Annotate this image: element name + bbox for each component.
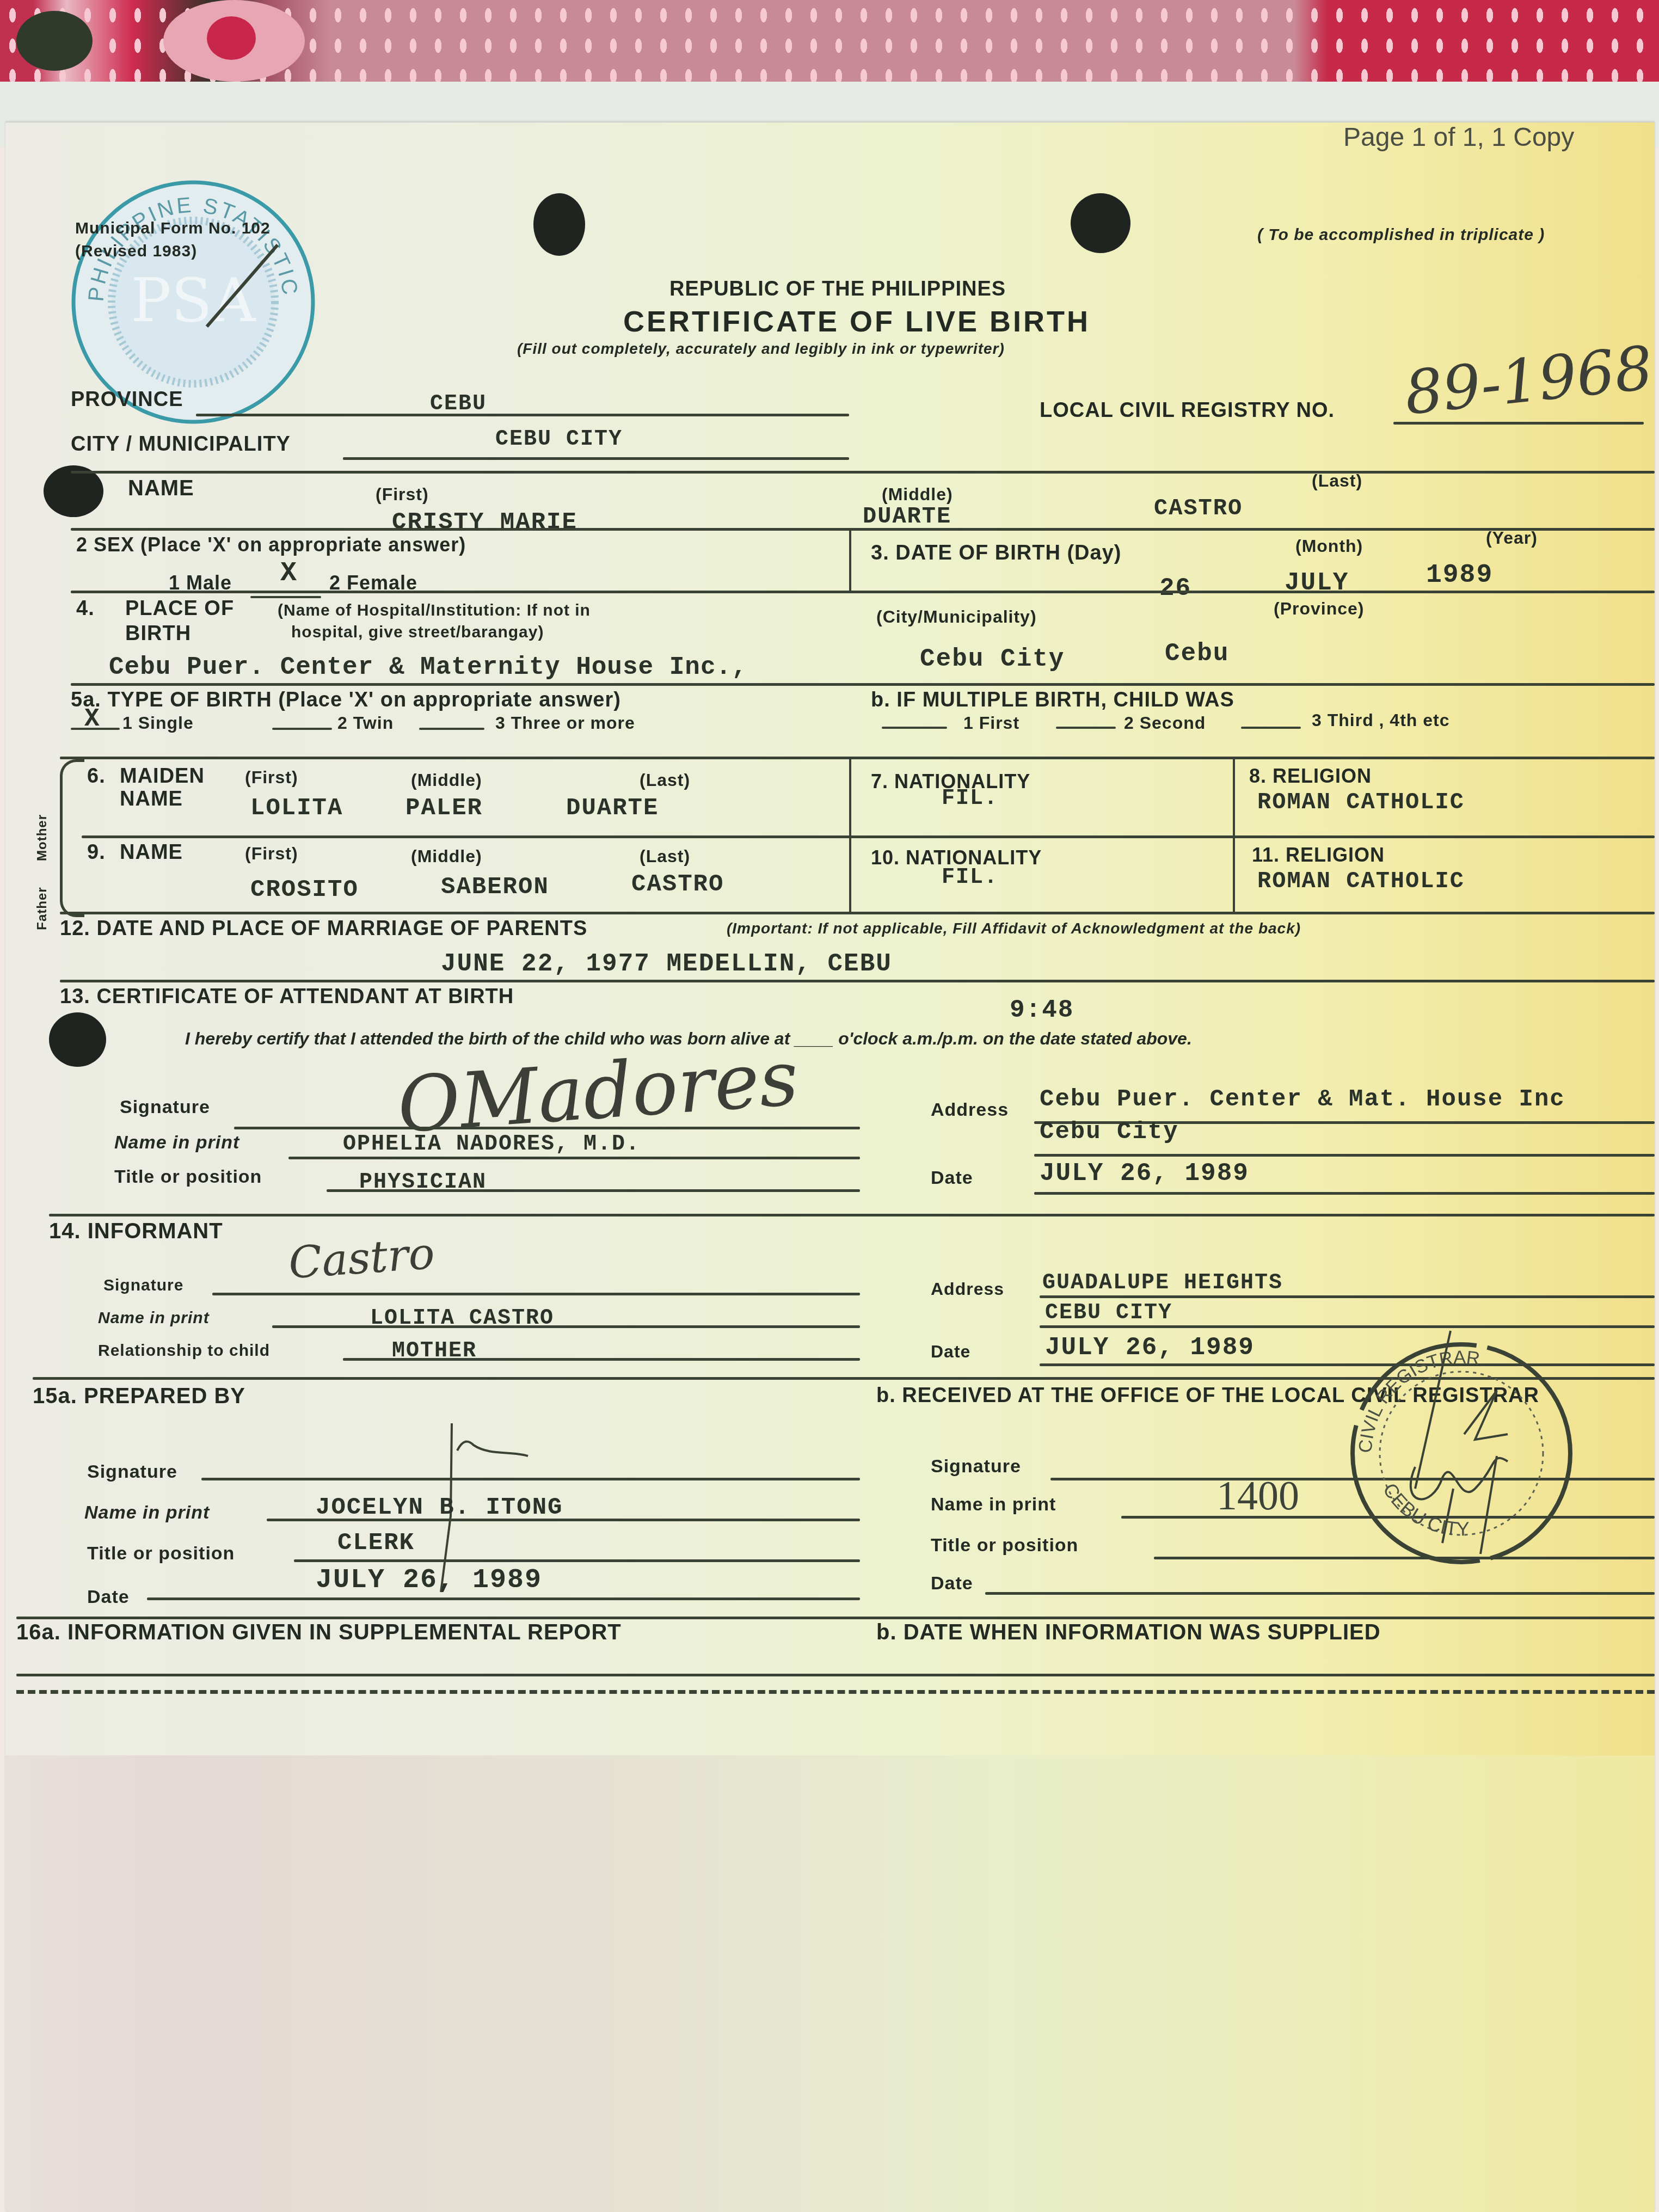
birth-time[interactable]: 9:48: [1010, 996, 1074, 1024]
sex-blank: [250, 596, 321, 598]
address-underline: [1040, 1295, 1655, 1298]
attendant-signature-label: Signature: [120, 1097, 210, 1118]
prepared-name[interactable]: JOCELYN B. ITONG: [316, 1494, 563, 1521]
dob-label: 3. DATE OF BIRTH (Day): [871, 542, 1121, 565]
row-divider: [71, 683, 1655, 686]
birth-type-single[interactable]: 1 Single: [122, 713, 194, 733]
mother-label-line1: MAIDEN: [120, 765, 205, 788]
row-divider: [71, 591, 1655, 593]
attendant-name[interactable]: OPHELIA NADORES, M.D.: [343, 1132, 640, 1157]
title-underline: [327, 1189, 860, 1192]
form-number: Municipal Form No. 102: [75, 219, 271, 238]
marriage-value[interactable]: JUNE 22, 1977 MEDELLIN, CEBU: [441, 950, 892, 978]
row-divider: [82, 835, 1655, 838]
attendant-title-label: Title or position: [114, 1166, 262, 1188]
punch-hole: [49, 1012, 106, 1067]
city-value[interactable]: CEBU CITY: [495, 427, 623, 452]
father-nationality[interactable]: FIL.: [942, 865, 998, 890]
signature-underline: [212, 1293, 860, 1295]
pob-city[interactable]: Cebu City: [920, 645, 1065, 673]
second-blank: [1056, 727, 1116, 729]
stamp-text-bottom: CEBU CITY: [1379, 1479, 1470, 1540]
multiple-first[interactable]: 1 First: [963, 713, 1019, 733]
informant-date[interactable]: JULY 26, 1989: [1045, 1334, 1255, 1362]
prepared-date[interactable]: JULY 26, 1989: [316, 1565, 542, 1596]
multiple-birth-label: b. IF MULTIPLE BIRTH, CHILD WAS: [871, 689, 1234, 712]
pob-number: 4.: [76, 597, 95, 620]
twin-blank: [272, 728, 332, 730]
child-middle-label: (Middle): [882, 484, 953, 505]
informant-signature-label: Signature: [103, 1276, 183, 1295]
prepared-name-label: Name in print: [84, 1502, 210, 1523]
prepared-title-label: Title or position: [87, 1543, 235, 1564]
mother-nationality[interactable]: FIL.: [942, 787, 998, 811]
fill-instruction: (Fill out completely, accurately and leg…: [517, 340, 1005, 358]
name-underline: [288, 1157, 860, 1159]
informant-address-label: Address: [931, 1279, 1004, 1299]
triplicate-note: ( To be accomplished in triplicate ): [1257, 226, 1545, 244]
date-underline: [985, 1592, 1655, 1595]
birth-type-three[interactable]: 3 Three or more: [495, 713, 635, 733]
province-value[interactable]: CEBU: [430, 392, 487, 416]
prepared-date-label: Date: [87, 1587, 130, 1608]
father-last-name[interactable]: CASTRO: [631, 871, 724, 898]
informant-address-line1[interactable]: GUADALUPE HEIGHTS: [1042, 1271, 1283, 1295]
row-divider: [49, 1214, 1655, 1216]
received-name-label: Name in print: [931, 1494, 1056, 1515]
mother-last-label: (Last): [640, 770, 690, 790]
row-divider: [60, 912, 1655, 914]
republic-heading: REPUBLIC OF THE PHILIPPINES: [669, 278, 1006, 301]
row-divider: [60, 980, 1655, 982]
pob-institution[interactable]: Cebu Puer. Center & Maternity House Inc.…: [109, 653, 747, 681]
birth-type-label: 5a. TYPE OF BIRTH (Place 'X' on appropri…: [71, 689, 621, 712]
mother-number: 6.: [87, 765, 106, 788]
document-title: CERTIFICATE OF LIVE BIRTH: [623, 305, 1090, 339]
mother-last-name[interactable]: DUARTE: [566, 795, 659, 822]
pob-province[interactable]: Cebu: [1165, 640, 1229, 668]
birth-certificate-document: Page 1 of 1, 1 Copy PSA PHILIPPINE STATI…: [5, 122, 1655, 2212]
dob-month-label: (Month): [1295, 536, 1363, 556]
third-blank: [1241, 727, 1301, 729]
dob-year-label: (Year): [1486, 528, 1538, 548]
registrar-seal-stamp-icon: CIVIL REGISTRAR CEBU CITY: [1334, 1325, 1589, 1581]
mother-religion-label: 8. RELIGION: [1249, 765, 1372, 788]
city-underline: [343, 457, 849, 460]
child-first-name[interactable]: CRISTY MARIE: [392, 509, 577, 536]
prepared-signature-label: Signature: [87, 1461, 177, 1483]
child-middle-name[interactable]: DUARTE: [863, 503, 951, 530]
relationship-underline: [343, 1358, 860, 1361]
signature-underline: [201, 1478, 860, 1480]
date-underline: [1034, 1192, 1655, 1195]
registrar-stamp-number: 1400: [1216, 1472, 1299, 1520]
informant-date-label: Date: [931, 1342, 970, 1362]
fabric-flower-center: [207, 16, 256, 60]
svg-text:PSA: PSA: [131, 266, 256, 335]
prepared-title[interactable]: CLERK: [337, 1529, 415, 1557]
father-religion[interactable]: ROMAN CATHOLIC: [1257, 868, 1465, 894]
form-revised: (Revised 1983): [75, 242, 197, 261]
punch-hole: [1071, 193, 1130, 253]
attendant-date[interactable]: JULY 26, 1989: [1040, 1159, 1249, 1188]
province-label: PROVINCE: [71, 388, 183, 411]
signature-underline: [234, 1127, 860, 1129]
pob-province-label: (Province): [1274, 599, 1364, 619]
row-divider: [71, 471, 1655, 474]
row-divider: [71, 528, 1655, 531]
first-blank: [882, 727, 947, 729]
parents-bracket: [60, 759, 84, 917]
pob-hint-line2: hospital, give street/barangay): [291, 623, 544, 642]
birth-type-mark[interactable]: X: [84, 705, 101, 733]
attendant-name-label: Name in print: [114, 1132, 239, 1153]
address2-underline: [1034, 1154, 1655, 1157]
received-date-label: Date: [931, 1573, 973, 1594]
father-name-label: NAME: [120, 841, 183, 864]
mother-first-name[interactable]: LOLITA: [250, 795, 343, 822]
mother-middle-name[interactable]: PALER: [405, 795, 483, 822]
father-number: 9.: [87, 841, 106, 864]
mother-middle-label: (Middle): [411, 770, 482, 790]
mother-first-label: (First): [245, 767, 298, 788]
marriage-note: (Important: If not applicable, Fill Affi…: [727, 920, 1301, 937]
informant-address-line2[interactable]: CEBU CITY: [1045, 1301, 1172, 1325]
pob-label-line1: PLACE OF: [125, 597, 234, 620]
attendant-date-label: Date: [931, 1168, 973, 1189]
attendant-label: 13. CERTIFICATE OF ATTENDANT AT BIRTH: [60, 985, 514, 1009]
received-title-label: Title or position: [931, 1535, 1078, 1556]
relationship-label: Relationship to child: [98, 1342, 270, 1360]
row-divider: [16, 1617, 1655, 1619]
supplemental-date-label: b. DATE WHEN INFORMATION WAS SUPPLIED: [876, 1620, 1381, 1645]
child-last-name[interactable]: CASTRO: [1154, 495, 1243, 521]
informant-name-label: Name in print: [98, 1309, 210, 1328]
mother-label-line2: NAME: [120, 788, 183, 811]
prepared-label: 15a. PREPARED BY: [33, 1384, 245, 1409]
pob-hint-line1: (Name of Hospital/Institution: If not in: [278, 601, 591, 620]
mother-side-label: Mother: [35, 814, 50, 861]
received-signature-label: Signature: [931, 1456, 1021, 1477]
lcr-value[interactable]: 89-1968: [1402, 333, 1656, 428]
three-blank: [419, 728, 484, 730]
child-name-label: NAME: [128, 476, 194, 501]
father-side-label: Father: [35, 887, 50, 930]
attendant-address-label: Address: [931, 1099, 1009, 1121]
birth-type-twin[interactable]: 2 Twin: [337, 713, 394, 733]
cut-line: [16, 1690, 1655, 1694]
father-middle-name[interactable]: SABERON: [441, 874, 549, 901]
stamp-text-top: CIVIL REGISTRAR: [1355, 1347, 1482, 1454]
column-divider: [849, 531, 851, 591]
lcr-label: LOCAL CIVIL REGISTRY NO.: [1040, 399, 1335, 422]
svg-text:CEBU CITY: CEBU CITY: [1379, 1479, 1470, 1540]
name-underline: [267, 1519, 860, 1521]
date-underline: [147, 1597, 860, 1600]
pob-city-label: (City/Municipality): [876, 607, 1037, 627]
multiple-third[interactable]: 3 Third , 4th etc: [1312, 710, 1449, 730]
child-first-label: (First): [376, 484, 429, 505]
marriage-label: 12. DATE AND PLACE OF MARRIAGE OF PARENT…: [60, 917, 587, 941]
province-underline: [196, 414, 849, 416]
dob-year[interactable]: 1989: [1426, 561, 1493, 590]
punch-hole: [533, 193, 585, 256]
father-last-label: (Last): [640, 846, 690, 867]
sheet-lower-shade: [5, 1755, 1655, 2212]
multiple-second[interactable]: 2 Second: [1124, 713, 1206, 733]
father-middle-label: (Middle): [411, 846, 482, 867]
dob-day[interactable]: 26: [1159, 574, 1191, 603]
name-underline: [272, 1325, 860, 1328]
attendant-address-line1[interactable]: Cebu Puer. Center & Mat. House Inc: [1040, 1086, 1565, 1113]
svg-text:CIVIL REGISTRAR: CIVIL REGISTRAR: [1355, 1347, 1482, 1454]
father-first-label: (First): [245, 844, 298, 864]
sex-label: 2 SEX (Place 'X' on appropriate answer): [76, 533, 466, 556]
title-underline: [294, 1559, 860, 1562]
child-last-label: (Last): [1312, 471, 1362, 491]
page-indicator: Page 1 of 1, 1 Copy: [1343, 122, 1574, 152]
mother-religion[interactable]: ROMAN CATHOLIC: [1257, 789, 1465, 815]
fabric-leaf: [16, 11, 93, 71]
informant-label: 14. INFORMANT: [49, 1219, 223, 1244]
supplemental-label: 16a. INFORMATION GIVEN IN SUPPLEMENTAL R…: [16, 1620, 622, 1645]
father-first-name[interactable]: CROSITO: [250, 876, 359, 904]
city-label: CITY / MUNICIPALITY: [71, 433, 291, 456]
row-divider: [60, 757, 1655, 759]
informant-signature[interactable]: Castro: [287, 1228, 436, 1289]
attendant-address-line2[interactable]: Cebu City: [1040, 1119, 1179, 1146]
sex-mark[interactable]: X: [280, 558, 298, 589]
supplemental-underline: [16, 1674, 1655, 1676]
father-religion-label: 11. RELIGION: [1252, 844, 1385, 867]
pob-label-line2: BIRTH: [125, 622, 191, 646]
